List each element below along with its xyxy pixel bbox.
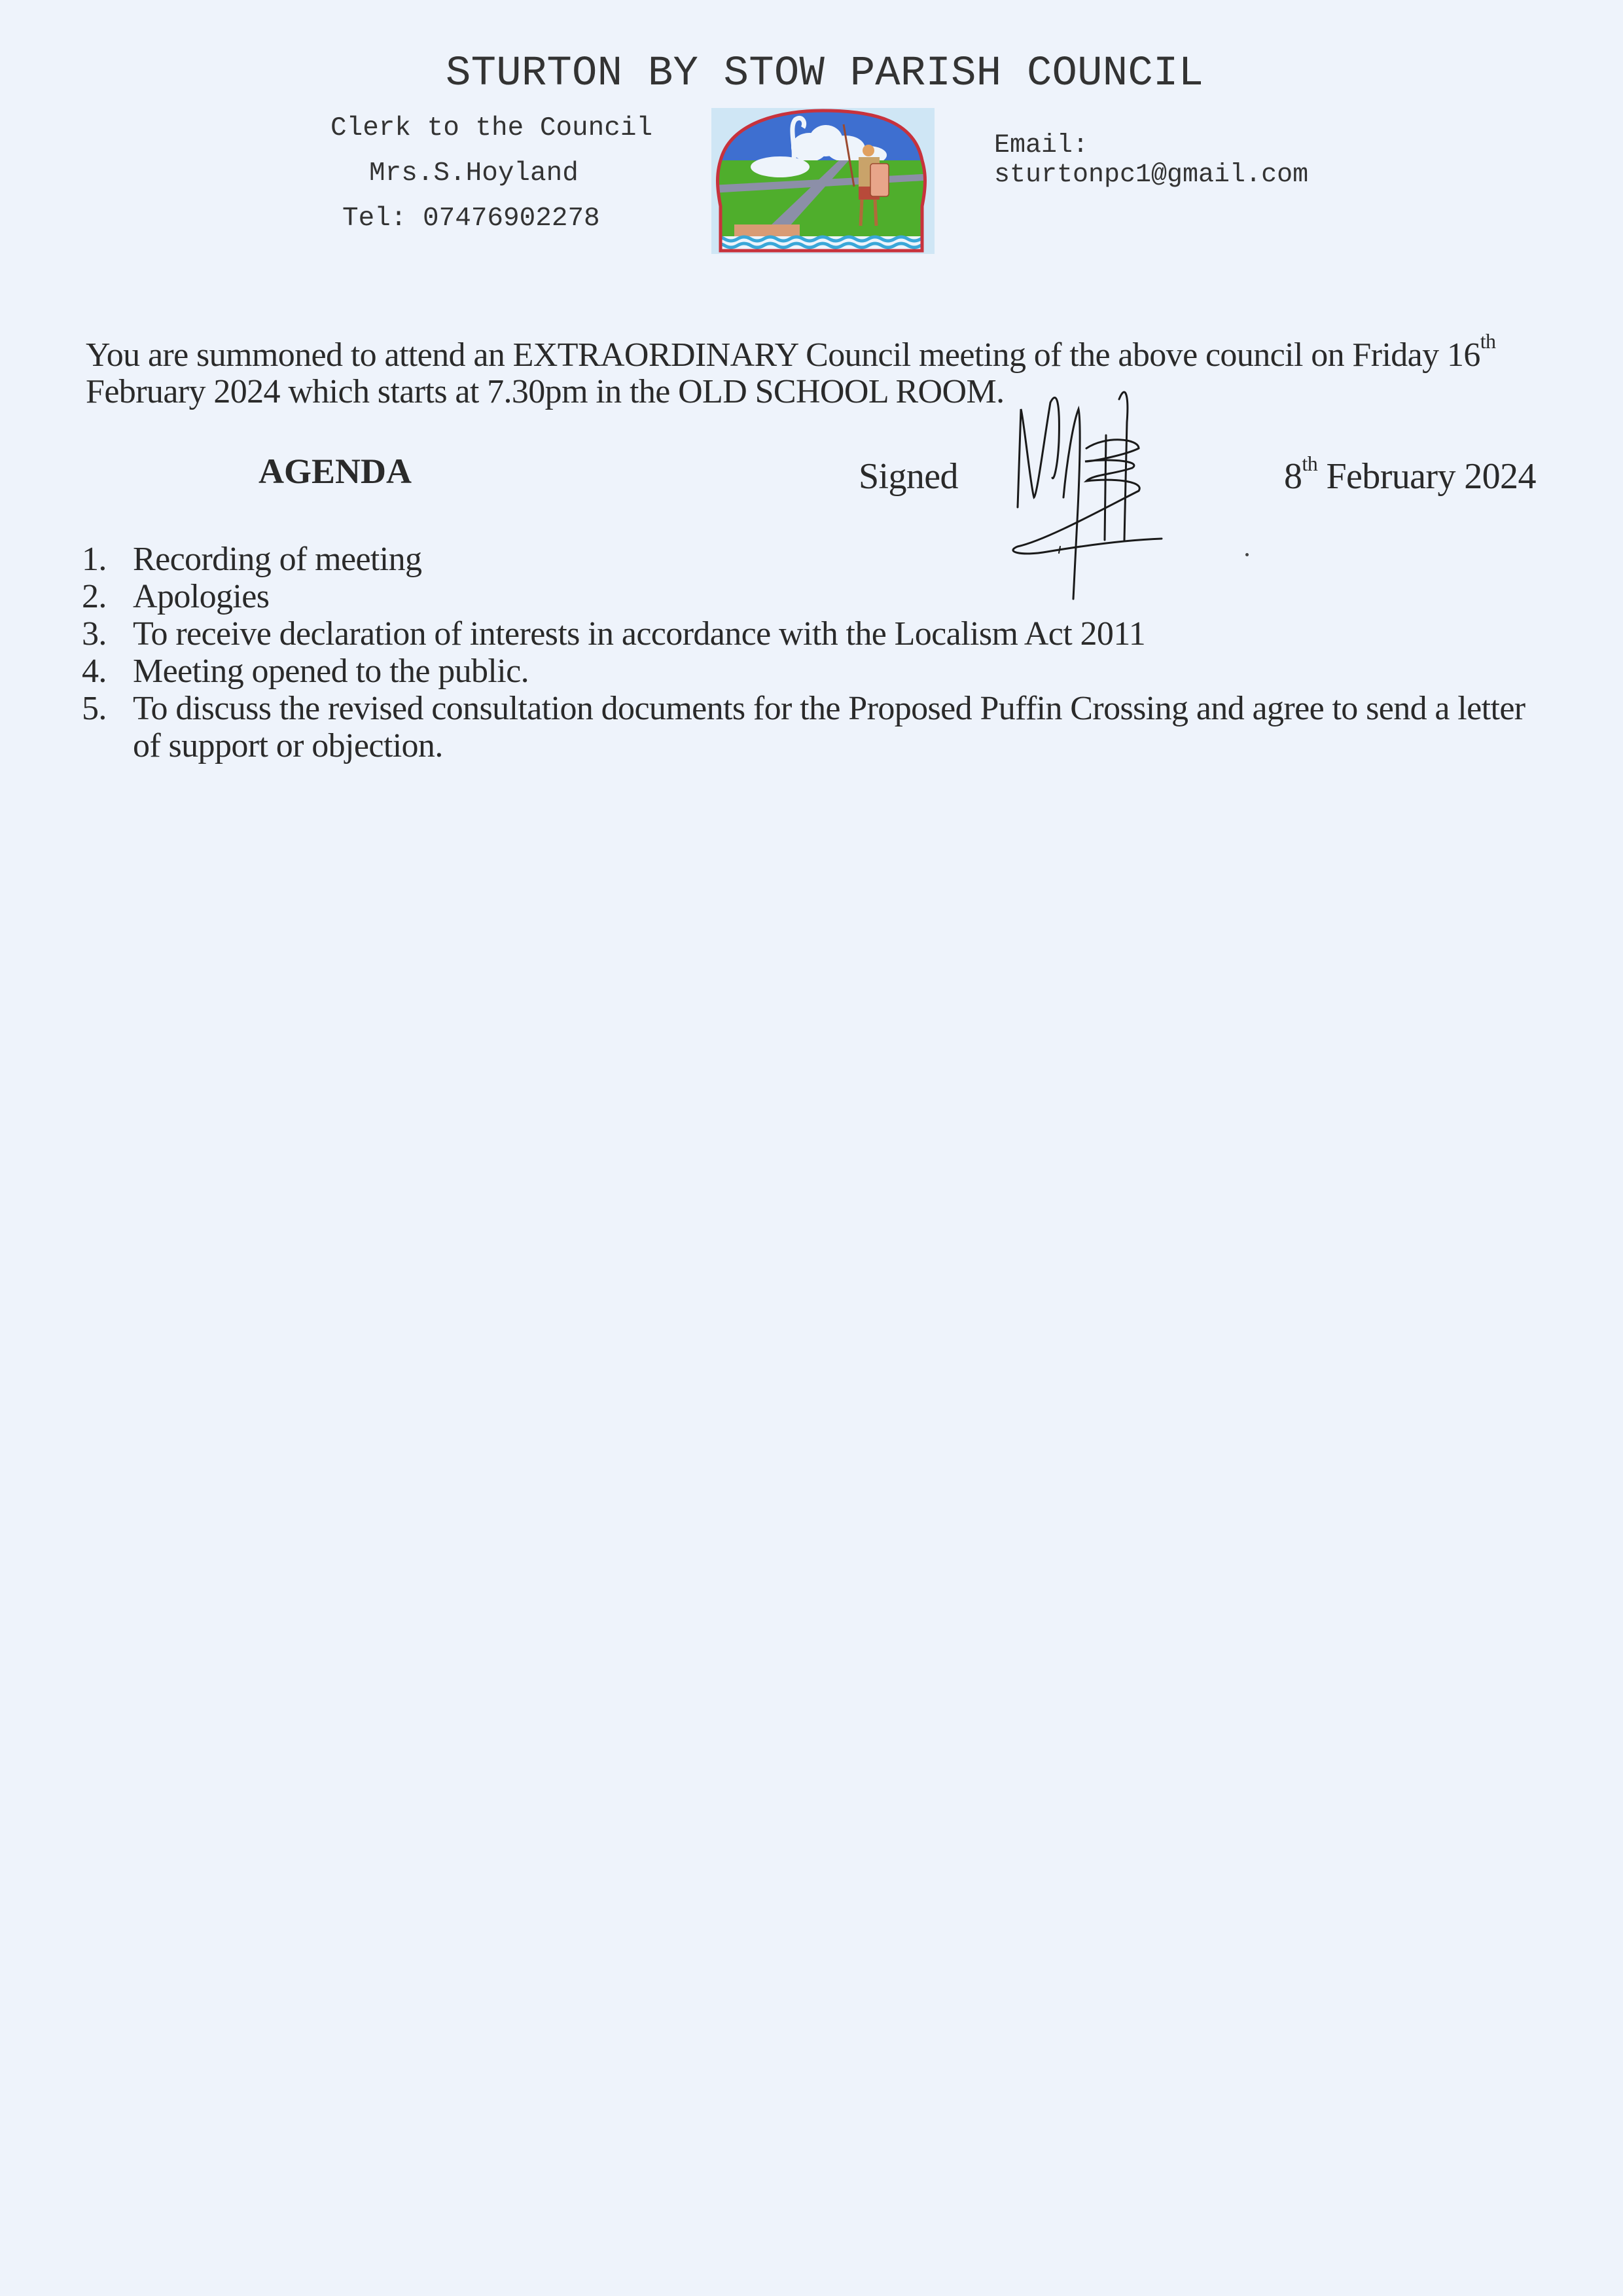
council-title: STURTON BY STOW PARISH COUNCIL: [446, 51, 1204, 97]
agenda-item-text: Recording of meeting: [133, 541, 421, 578]
summons-text-before: You are summoned to attend an EXTRAORDIN…: [86, 336, 1480, 374]
signed-date-day: 8: [1284, 456, 1302, 497]
clerk-role: Clerk to the Council: [330, 113, 652, 143]
email-label: Email:: [994, 131, 1088, 161]
agenda-item-text: Apologies: [133, 578, 269, 615]
agenda-heading: AGENDA: [259, 453, 412, 490]
clerk-name: Mrs.S.Hoyland: [369, 158, 579, 188]
agenda-item-text: To receive declaration of interests in a…: [133, 615, 1145, 653]
signed-date: 8th February 2024: [1284, 458, 1536, 495]
parish-crest-swan-roman-soldier-icon: [711, 108, 935, 254]
agenda-item: 4.Meeting opened to the public.: [82, 653, 1535, 690]
agenda-item-number: 2.: [82, 578, 107, 615]
agenda-item-number: 5.: [82, 690, 107, 727]
agenda-item-text: Meeting opened to the public.: [133, 653, 529, 690]
agenda-item-number: 1.: [82, 541, 107, 578]
agenda-item-number: 3.: [82, 615, 107, 653]
agenda-item: 5.To discuss the revised consultation do…: [82, 690, 1535, 764]
clerk-phone: Tel: 07476902278: [342, 204, 600, 234]
agenda-item: 2.Apologies: [82, 578, 1535, 615]
signed-date-rest: February 2024: [1317, 456, 1536, 497]
signed-date-suffix: th: [1302, 452, 1317, 475]
agenda-item-number: 4.: [82, 653, 107, 690]
email-address: sturtonpc1@gmail.com: [994, 160, 1308, 190]
summons-day-suffix: th: [1480, 329, 1496, 353]
agenda-item: 3.To receive declaration of interests in…: [82, 615, 1535, 653]
summons-text-after: February 2024 which starts at 7.30pm in …: [86, 373, 1005, 410]
agenda-item: 1.Recording of meeting: [82, 541, 1535, 578]
agenda-item-text: To discuss the revised consultation docu…: [133, 690, 1525, 764]
agenda-list: 1.Recording of meeting 2.Apologies 3.To …: [82, 541, 1535, 764]
signed-label: Signed: [859, 458, 958, 495]
summons-paragraph: You are summoned to attend an EXTRAORDIN…: [86, 337, 1525, 410]
